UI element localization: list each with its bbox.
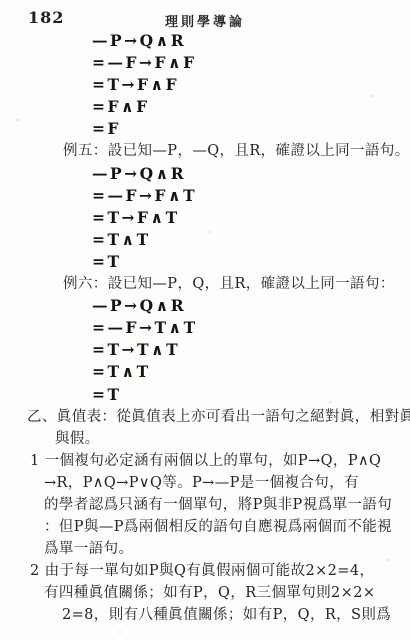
text-line: ：但P與—P爲兩個相反的語句自應視爲兩個而不能視 xyxy=(0,516,410,538)
text-line: 有四種眞值關係；如有P，Q，R三個單句則2×2× xyxy=(0,582,410,604)
text-line: 例六：設已知—P，Q，且R，確證以上同一語句： xyxy=(0,273,410,295)
page-number: 182 xyxy=(28,8,64,27)
text-line: =F xyxy=(0,118,410,140)
text-line: 2 由于每一單句如P與Q有眞假兩個可能故2×2=4， xyxy=(0,560,410,582)
text-line: =T∧T xyxy=(0,361,410,383)
text-line: =T xyxy=(0,384,410,406)
text-line: →R，P∧Q→P∨Q等。P→—P是一個複合句，有 xyxy=(0,472,410,494)
text-line: 2=8，則有八種眞值關係；如有P，Q，R，S則爲 xyxy=(0,604,410,626)
text-line: 與假。 xyxy=(0,428,410,450)
text-line: =F∧F xyxy=(0,96,410,118)
text-line: =T→F∧F xyxy=(0,74,410,96)
text-line: =—F→F∧T xyxy=(0,185,410,207)
text-line: =T→T∧T xyxy=(0,339,410,361)
text-line: =T→F∧T xyxy=(0,207,410,229)
text-line: =T xyxy=(0,251,410,273)
text-line: 乙、眞值表：從眞值表上亦可看出一語句之絕對眞，相對眞 xyxy=(0,406,410,428)
text-line: 的學者認爲只涵有一個單句，將P與非P視爲單一語句 xyxy=(0,494,410,516)
text-line: —P→Q∧R xyxy=(0,163,410,185)
scanned-book-page: 182 理則學導論 —P→Q∧R=—F→F∧F=T→F∧F=F∧F=F例五：設已… xyxy=(0,0,410,640)
text-line: 爲單一語句。 xyxy=(0,538,410,560)
page-header: 182 理則學導論 xyxy=(0,8,410,30)
text-line: 例五：設已知—P，—Q，且R，確證以上同一語句。 xyxy=(0,140,410,162)
text-line: =T∧T xyxy=(0,229,410,251)
running-title: 理則學導論 xyxy=(165,11,245,30)
text-line: —P→Q∧R xyxy=(0,295,410,317)
text-line: =—F→T∧T xyxy=(0,317,410,339)
text-line: —P→Q∧R xyxy=(0,30,410,52)
text-line: =—F→F∧F xyxy=(0,52,410,74)
text-line: 1 一個複句必定涵有兩個以上的單句，如P→Q，P∧Q xyxy=(0,450,410,472)
text-lines: —P→Q∧R=—F→F∧F=T→F∧F=F∧F=F例五：設已知—P，—Q，且R，… xyxy=(0,30,410,627)
